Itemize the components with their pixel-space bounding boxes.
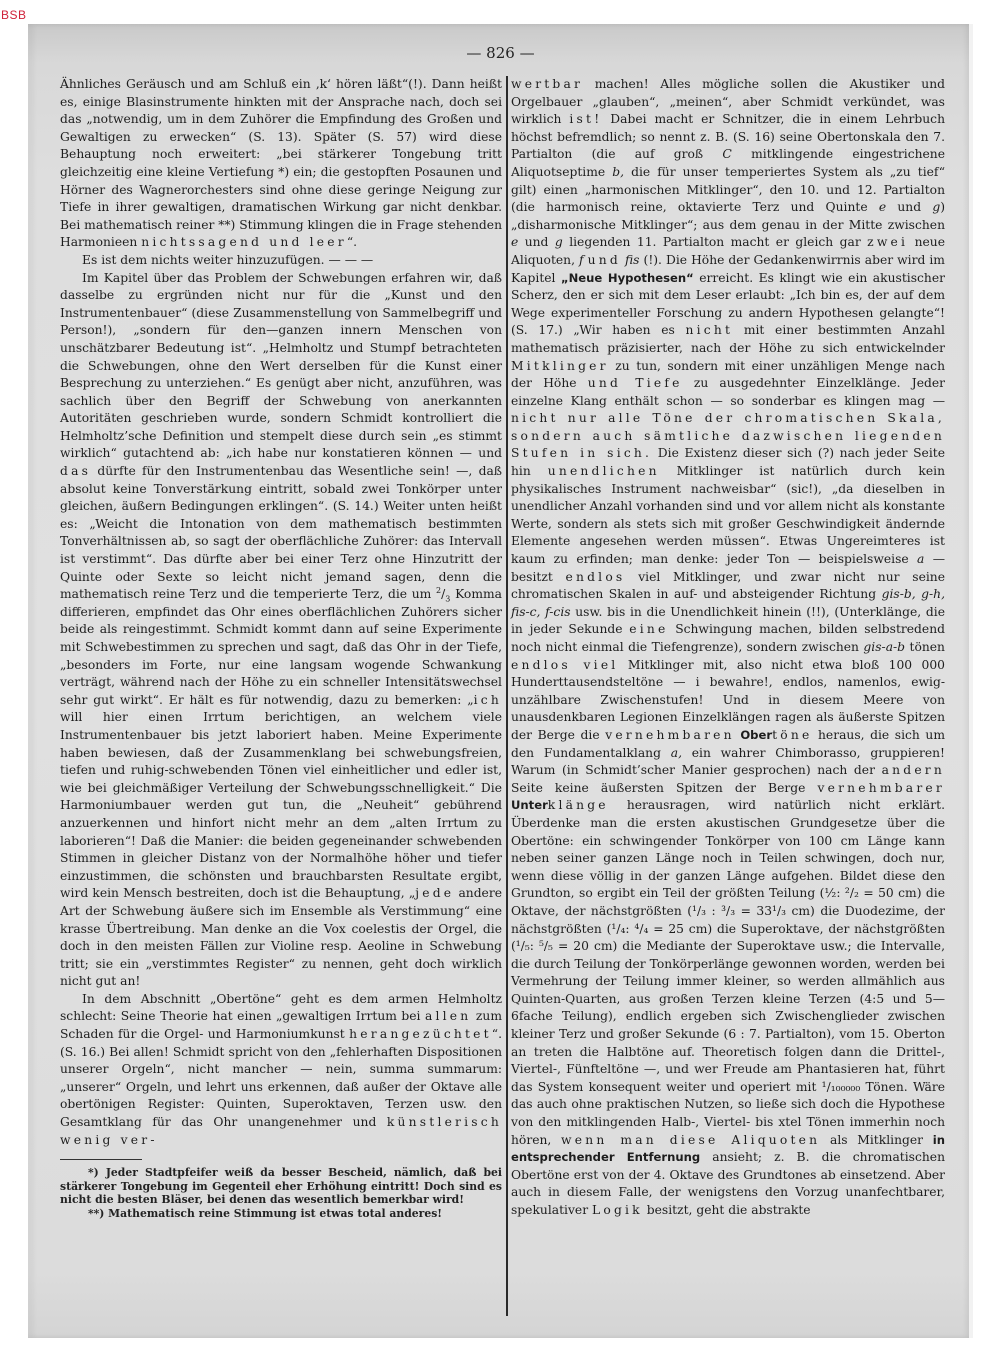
- paragraph: Es ist dem nichts weiter hinzuzufügen. —…: [60, 252, 502, 270]
- paragraph: In dem Abschnitt „Obertöne“ geht es dem …: [60, 991, 502, 1149]
- paragraph: Ähnliches Geräusch und am Schluß ein ‚k‘…: [60, 76, 502, 252]
- column-divider: [506, 76, 508, 1316]
- left-column: Ähnliches Geräusch und am Schluß ein ‚k‘…: [60, 76, 502, 1221]
- scanned-page: — 826 — Ähnliches Geräusch und am Schluß…: [28, 24, 973, 1338]
- footnote: **) Mathematisch reine Stimmung ist etwa…: [60, 1207, 502, 1221]
- paragraph: wertbar machen! Alles mögliche sollen di…: [511, 76, 945, 1220]
- bsb-watermark: BSB: [1, 8, 27, 22]
- paragraph: Im Kapitel über das Problem der Schwebun…: [60, 270, 502, 991]
- page-number: — 826 —: [28, 44, 973, 62]
- right-column: wertbar machen! Alles mögliche sollen di…: [511, 76, 945, 1220]
- footnote-rule: [60, 1159, 142, 1160]
- footnote: *) Jeder Stadtpfeifer weiß da besser Bes…: [60, 1166, 502, 1207]
- footnotes: *) Jeder Stadtpfeifer weiß da besser Bes…: [60, 1166, 502, 1220]
